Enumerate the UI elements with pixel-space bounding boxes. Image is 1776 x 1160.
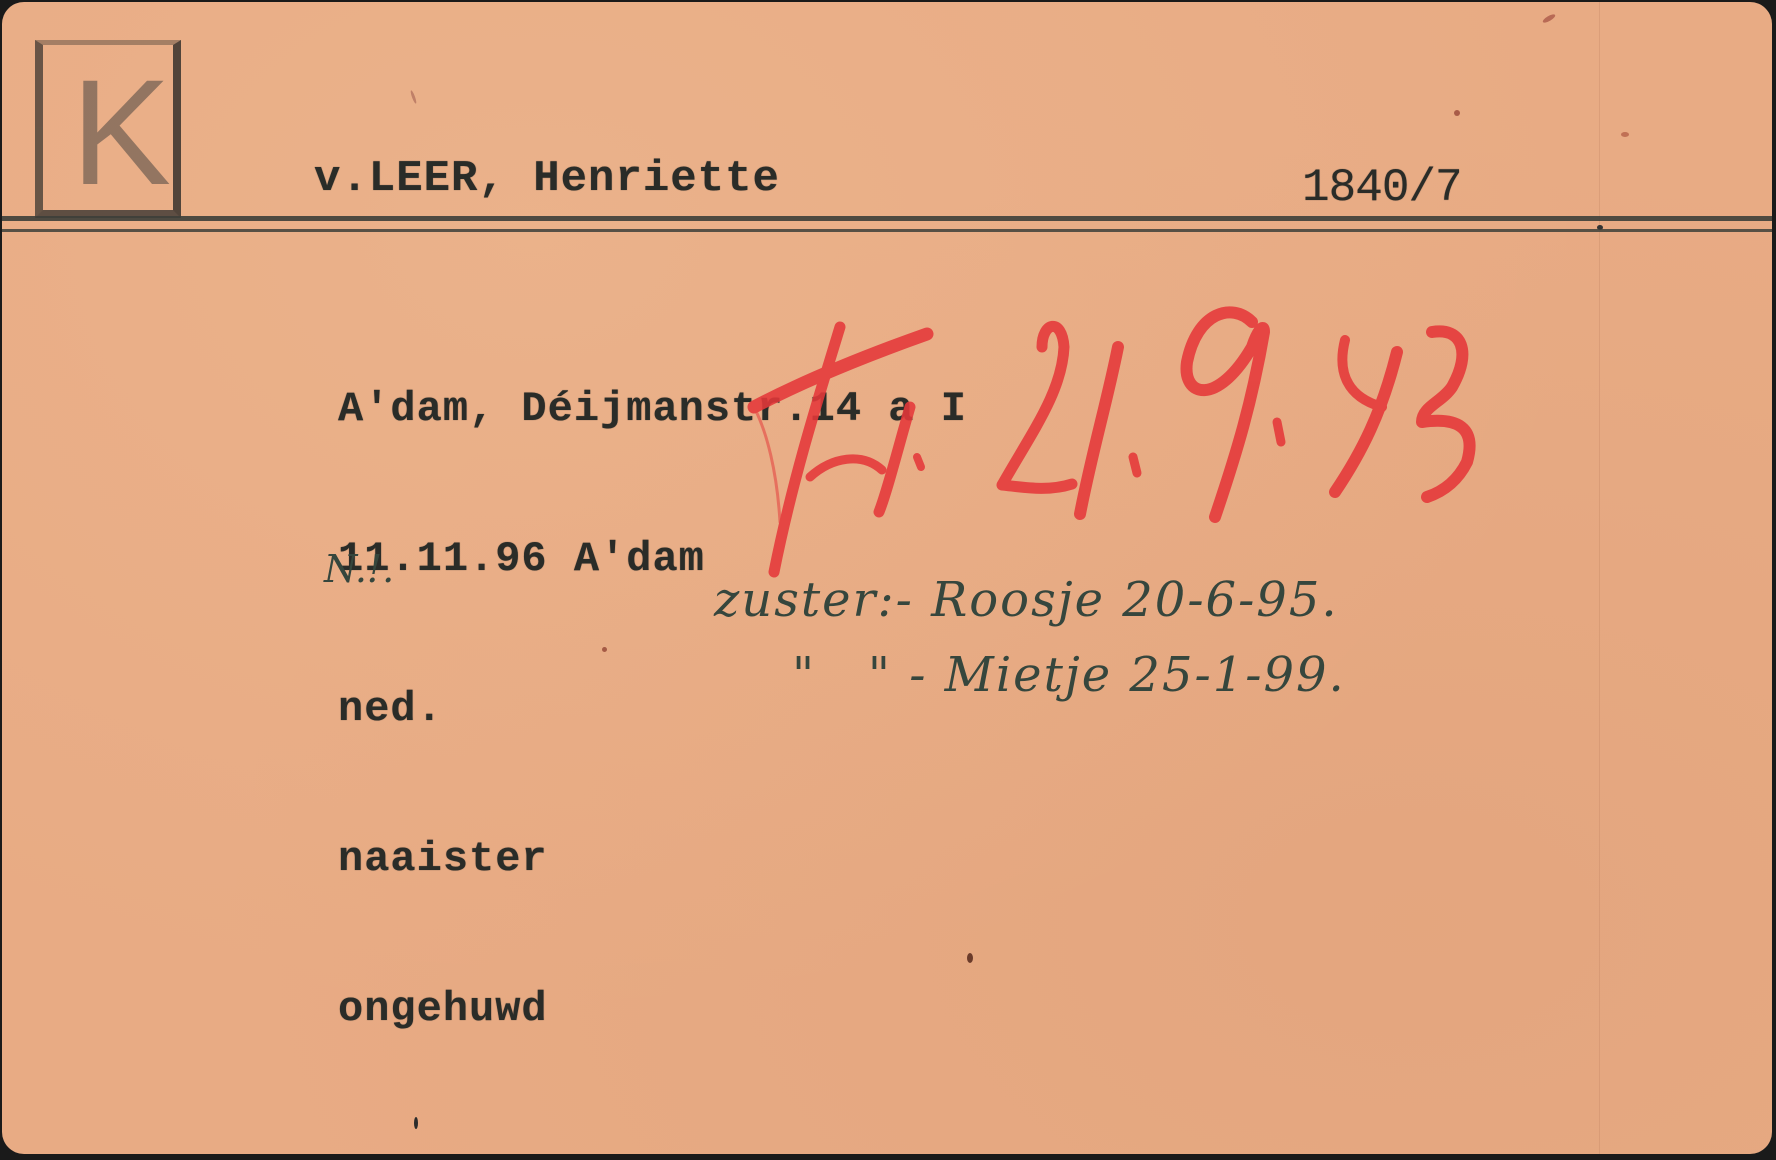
reference-number: 1840/7 (1302, 162, 1462, 214)
marital-status-line: ongehuwd (338, 984, 967, 1034)
header-rule-thin (2, 229, 1772, 232)
k-stamp-box: K (35, 40, 181, 218)
paper-speck (1454, 110, 1460, 116)
paper-speck (967, 953, 973, 963)
address-line: A'dam, Déijmanstr.14 a I (338, 384, 967, 434)
paper-speck (1621, 132, 1629, 137)
header-rule-thick (2, 216, 1772, 221)
handwritten-nl-note: N.!. (324, 547, 394, 591)
occupation-line: naaister (338, 834, 967, 884)
paper-speck (1542, 13, 1557, 24)
details-block: A'dam, Déijmanstr.14 a I 11.11.96 A'dam … (338, 284, 967, 1134)
paper-speck (410, 90, 418, 104)
index-card: K v.LEER, Henriette 1840/7 A'dam, Déijma… (2, 2, 1772, 1154)
sibling-note-line-2: " " - Mietje 25-1-99. (792, 647, 1346, 703)
sibling-note-line-1: zuster:- Roosje 20-6-95. (714, 572, 1339, 628)
paper-fold-line (1599, 2, 1600, 1154)
k-stamp-letter: K (71, 57, 171, 207)
person-name: v.LEER, Henriette (314, 154, 780, 204)
